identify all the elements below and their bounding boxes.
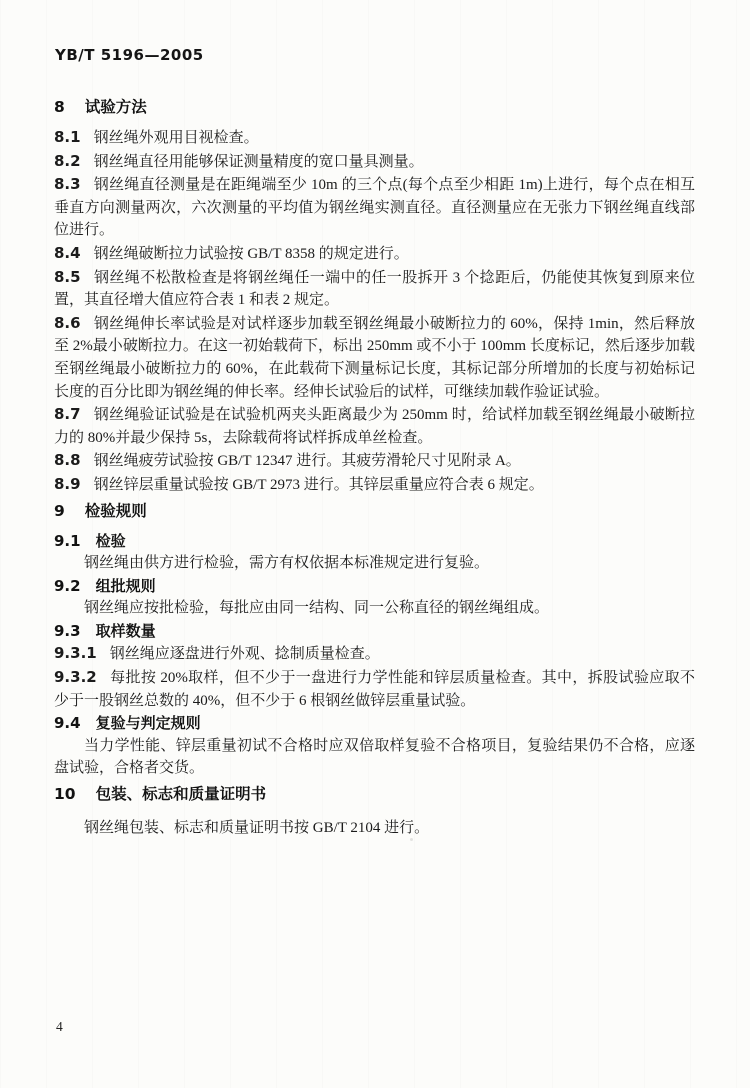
clause-8-8: 8.8钢丝绳疲劳试验按 GB/T 12347 进行。其疲劳滑轮尺寸见附录 A。	[54, 449, 695, 473]
clause-text: 钢丝绳外观用目视检查。	[94, 130, 259, 146]
clause-number: 8.8	[54, 451, 81, 469]
clause-number: 9.3.1	[54, 644, 97, 662]
clause-number: 8.4	[54, 244, 81, 262]
subsection-9-4-body: 当力学性能、锌层重量初试不合格时应双倍取样复验不合格项目，复验结果仍不合格，应逐…	[54, 735, 695, 780]
clause-number: 8.9	[54, 475, 81, 493]
clause-text: 钢丝绳直径用能够保证测量精度的宽口量具测量。	[94, 154, 424, 170]
clause-8-5: 8.5钢丝绳不松散检查是将钢丝绳任一端中的任一股拆开 3 个捻距后，仍能使其恢复…	[54, 266, 695, 312]
clause-number: 9.3	[54, 622, 81, 640]
subsection-9-3: 9.3取样数量 9.3.1钢丝绳应逐盘进行外观、捻制质量检查。 9.3.2每批按…	[54, 620, 695, 712]
clause-number: 9.1	[54, 532, 81, 550]
section-10-body: 钢丝绳包装、标志和质量证明书按 GB/T 2104 进行。	[54, 817, 695, 840]
document-content: 8试验方法 8.1钢丝绳外观用目视检查。 8.2钢丝绳直径用能够保证测量精度的宽…	[54, 96, 695, 840]
clause-text: 钢丝绳破断拉力试验按 GB/T 8358 的规定进行。	[94, 246, 409, 262]
section-9-heading: 9检验规则	[54, 500, 695, 523]
clause-text: 钢丝绳验证试验是在试验机两夹头距离最少为 250mm 时，给试样加载至钢丝绳最小…	[54, 407, 695, 446]
subsection-title: 复验与判定规则	[96, 714, 201, 732]
subsection-9-1: 9.1检验 钢丝绳由供方进行检验，需方有权依据本标准规定进行复验。	[54, 530, 695, 575]
clause-text: 钢丝绳直径测量是在距绳端至少 10m 的三个点(每个点至少相距 1m)上进行，每…	[54, 177, 695, 238]
subsection-9-4: 9.4复验与判定规则 当力学性能、锌层重量初试不合格时应双倍取样复验不合格项目，…	[54, 712, 695, 780]
subsection-9-1-body: 钢丝绳由供方进行检验，需方有权依据本标准规定进行复验。	[54, 552, 695, 575]
clause-number: 8.3	[54, 175, 81, 193]
section-number: 10	[54, 785, 76, 803]
subsection-title: 取样数量	[96, 622, 156, 640]
subsection-9-2-body: 钢丝绳应按批检验，每批应由同一结构、同一公称直径的钢丝绳组成。	[54, 597, 695, 620]
section-title: 包装、标志和质量证明书	[96, 785, 267, 803]
section-number: 8	[54, 98, 65, 116]
clause-number: 9.3.2	[54, 668, 97, 686]
clause-number: 8.5	[54, 268, 81, 286]
clause-text: 钢丝锌层重量试验按 GB/T 2973 进行。其锌层重量应符合表 6 规定。	[94, 477, 544, 493]
section-9: 9检验规则 9.1检验 钢丝绳由供方进行检验，需方有权依据本标准规定进行复验。 …	[54, 500, 695, 781]
clause-8-2: 8.2钢丝绳直径用能够保证测量精度的宽口量具测量。	[54, 150, 695, 174]
subsection-title: 组批规则	[96, 577, 156, 595]
section-10: 10包装、标志和质量证明书 钢丝绳包装、标志和质量证明书按 GB/T 2104 …	[54, 783, 695, 840]
section-10-heading: 10包装、标志和质量证明书	[54, 783, 695, 806]
clause-8-7: 8.7钢丝绳验证试验是在试验机两夹头距离最少为 250mm 时，给试样加载至钢丝…	[54, 403, 695, 449]
clause-8-4: 8.4钢丝绳破断拉力试验按 GB/T 8358 的规定进行。	[54, 242, 695, 266]
clause-8-3: 8.3钢丝绳直径测量是在距绳端至少 10m 的三个点(每个点至少相距 1m)上进…	[54, 173, 695, 242]
clause-number: 9.4	[54, 714, 81, 732]
clause-number: 8.7	[54, 405, 81, 423]
clause-number: 8.2	[54, 152, 81, 170]
clause-text: 钢丝绳疲劳试验按 GB/T 12347 进行。其疲劳滑轮尺寸见附录 A。	[94, 453, 521, 469]
clause-text: 钢丝绳应逐盘进行外观、捻制质量检查。	[110, 646, 380, 662]
section-number: 9	[54, 502, 65, 520]
document-page: YB/T 5196—2005 8试验方法 8.1钢丝绳外观用目视检查。 8.2钢…	[0, 0, 750, 1088]
clause-8-1: 8.1钢丝绳外观用目视检查。	[54, 126, 695, 150]
scan-speck	[410, 838, 413, 841]
clause-number: 8.6	[54, 314, 81, 332]
section-title: 检验规则	[85, 502, 147, 520]
section-8-heading: 8试验方法	[54, 96, 695, 119]
clause-9-3-1: 9.3.1钢丝绳应逐盘进行外观、捻制质量检查。	[54, 642, 695, 666]
clause-text: 钢丝绳伸长率试验是对试样逐步加载至钢丝绳最小破断拉力的 60%，保持 1min，…	[54, 316, 695, 400]
subsection-9-1-heading: 9.1检验	[54, 530, 695, 553]
clause-8-6: 8.6钢丝绳伸长率试验是对试样逐步加载至钢丝绳最小破断拉力的 60%，保持 1m…	[54, 312, 695, 403]
subsection-9-2-heading: 9.2组批规则	[54, 575, 695, 598]
subsection-9-4-heading: 9.4复验与判定规则	[54, 712, 695, 735]
section-8: 8试验方法 8.1钢丝绳外观用目视检查。 8.2钢丝绳直径用能够保证测量精度的宽…	[54, 96, 695, 497]
section-title: 试验方法	[85, 98, 147, 116]
clause-9-3-2: 9.3.2每批按 20%取样，但不少于一盘进行力学性能和锌层质量检查。其中，拆股…	[54, 666, 695, 712]
page-number: 4	[56, 1019, 63, 1035]
subsection-title: 检验	[96, 532, 126, 550]
standard-number: YB/T 5196—2005	[55, 46, 204, 64]
clause-8-9: 8.9钢丝锌层重量试验按 GB/T 2973 进行。其锌层重量应符合表 6 规定…	[54, 473, 695, 497]
clause-text: 钢丝绳不松散检查是将钢丝绳任一端中的任一股拆开 3 个捻距后，仍能使其恢复到原来…	[54, 270, 695, 309]
subsection-9-3-heading: 9.3取样数量	[54, 620, 695, 643]
clause-text: 每批按 20%取样，但不少于一盘进行力学性能和锌层质量检查。其中，拆股试验应取不…	[54, 670, 695, 709]
clause-number: 9.2	[54, 577, 81, 595]
subsection-9-2: 9.2组批规则 钢丝绳应按批检验，每批应由同一结构、同一公称直径的钢丝绳组成。	[54, 575, 695, 620]
clause-number: 8.1	[54, 128, 81, 146]
